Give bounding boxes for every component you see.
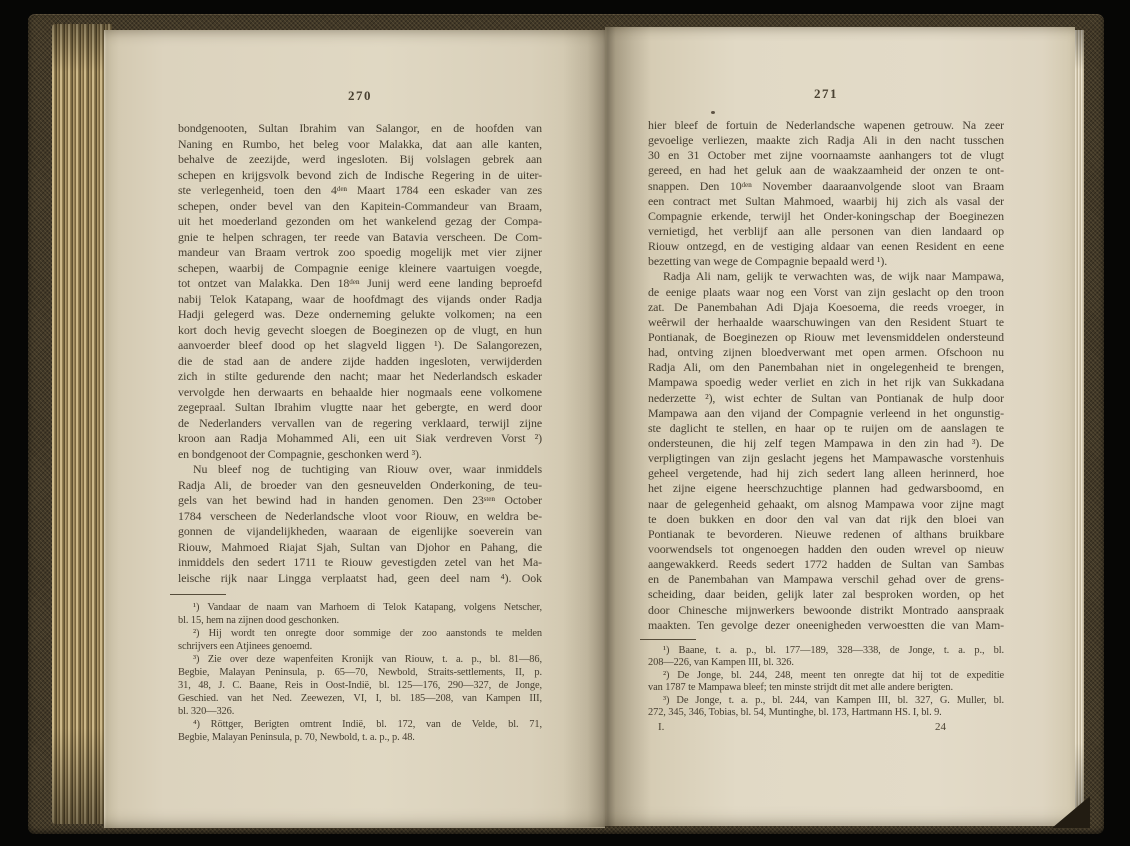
page-number-right: 271	[648, 86, 1004, 102]
cover-corner-fold	[1052, 796, 1090, 828]
text-line: aanvoerder bleef dood op het slagveld li…	[178, 338, 542, 354]
footnote-line: Geschied. van het Ned. Zeewezen, VI, I, …	[178, 692, 542, 705]
footnote-line: bl. 320—326.	[178, 705, 542, 718]
footnote-line: schrijvers een Atjinees genoemd.	[178, 640, 542, 653]
text-line: verpligtingen van zijn geslacht jegens h…	[648, 451, 1004, 466]
footnote-line: ³) Zie over deze wapenfeiten Kronijk van…	[178, 653, 542, 666]
footnote-line: van 1787 te Mampawa bleef; ten minste st…	[648, 682, 1004, 695]
text-line: maakten. Ten gevolge dezer oneenigheden …	[648, 618, 1004, 633]
text-line: Pontianak, de Boeginezen op Riouw met le…	[648, 330, 1004, 345]
text-line: gereed, en had het geluk aan de waakzaam…	[648, 163, 1004, 178]
text-line: bezetting van wege de Compagnie bepaald …	[648, 254, 1004, 269]
text-line: vernietigd, het verblijf aan alle person…	[648, 224, 1004, 239]
text-column-right: 271 hier bleef de fortuin de Nederlandsc…	[648, 27, 1004, 735]
footnote-line: 272, 345, 346, Tobias, bl. 54, Muntinghe…	[648, 707, 1004, 720]
text-line: Riouw, Mahmoed Riajat Sjah, Sultan van D…	[178, 540, 542, 556]
text-line: de Nederlanders vervallen van de regerin…	[178, 416, 542, 432]
text-line: leische rijk naar Lingga verplaatst had,…	[178, 571, 542, 587]
text-line: mandeur van Braam vertrok zoo spoedig mo…	[178, 245, 542, 261]
text-line: kort doch hevig gevecht sloegen de Boegi…	[178, 323, 542, 339]
text-line: ondersteunen, die hij zelf tegen Mampawa…	[648, 436, 1004, 451]
text-line: Pontianak te bevorderen. Nieuwe redenen …	[648, 527, 1004, 542]
text-line: Mampawa aan den vijand der Compagnie ver…	[648, 406, 1004, 421]
text-line: tot ontzet van Malakka. Den 18ᵈᵉⁿ Junij …	[178, 276, 542, 292]
text-line: 30 en 31 October met zijne voornaamste a…	[648, 148, 1004, 163]
text-line: schepen en krijgsvolk bevond zich de Ind…	[178, 168, 542, 184]
footnote-line: ⁴) Röttger, Berigten omtrent Indië, bl. …	[178, 718, 542, 731]
page-right: 271 hier bleef de fortuin de Nederlandsc…	[605, 27, 1075, 826]
footnote-separator-left	[170, 594, 226, 595]
footnote-line: ²) Hij wordt ten onregte door sommige de…	[178, 627, 542, 640]
page-edges-left	[52, 24, 112, 824]
footnote-line: 208—226, van Kampen III, bl. 326.	[648, 657, 1004, 670]
text-line: gonnen de vijandelijkheden, waaraan de e…	[178, 524, 542, 540]
footnote-line: Begbie, Malayan Peninsula, p. 70, Newbol…	[178, 731, 542, 744]
text-line: hier bleef de fortuin de Nederlandsche w…	[648, 118, 1004, 133]
text-line: behalve de zeezijde, werd ingesloten. Bi…	[178, 152, 542, 168]
text-line: zat. De Panembahan Adi Djaja Koesoema, d…	[648, 300, 1004, 315]
text-line: naar de gelegenheid gehaakt, om alsnog M…	[648, 497, 1004, 512]
text-line: nabij Telok Katapang, waar de hoofdmagt …	[178, 292, 542, 308]
text-line: Naning en Rumbo, het beleg voor Malakka,…	[178, 137, 542, 153]
main-text-left: bondgenooten, Sultan Ibrahim van Salango…	[178, 121, 542, 586]
footnotes-left: ¹) Vandaar de naam van Marhoem di Telok …	[178, 601, 542, 744]
text-line: een contract met Sultan Mahmoed, waarbij…	[648, 194, 1004, 209]
footnote-line: 31, 48, J. C. Baane, Reis in Oost-Indië,…	[178, 679, 542, 692]
page-left: 270 bondgenooten, Sultan Ibrahim van Sal…	[104, 30, 605, 828]
text-line: Radja Ali nam, gelijk te verwachten was,…	[648, 269, 1004, 284]
text-line: inmiddels den sedert 1711 te Riouw geves…	[178, 555, 542, 571]
footnote-line: Begbie, Malayan Peninsula, p. 65—70, New…	[178, 666, 542, 679]
text-column-left: 270 bondgenooten, Sultan Ibrahim van Sal…	[178, 30, 542, 744]
text-line: snappen. Den 10ᵈᵉⁿ November daaraanvolge…	[648, 179, 1004, 194]
text-line: die de stad aan de andere zijde hadden i…	[178, 354, 542, 370]
text-line: door Chinesche mijnwerkers bewoonde dist…	[648, 603, 1004, 618]
main-text-right: hier bleef de fortuin de Nederlandsche w…	[648, 118, 1004, 633]
text-line: geheel vergetende, had hij zich sedert l…	[648, 466, 1004, 481]
text-line: de eenige plaats waar nog een Vorst van …	[648, 285, 1004, 300]
text-line: Hadji gelegerd was. Deze onderneming gel…	[178, 307, 542, 323]
text-line: uit het moederland gezonden om het wanke…	[178, 214, 542, 230]
text-line: kroon aan Radja Mohammed Ali, een uit Si…	[178, 431, 542, 447]
text-line: gels van het bewind had in handen genome…	[178, 493, 542, 509]
sheet-number: 24	[935, 721, 946, 733]
footnote-line: ²) De Jonge, bl. 244, 248, meent ten onr…	[648, 670, 1004, 683]
footnote-line: ¹) Vandaar de naam van Marhoem di Telok …	[178, 601, 542, 614]
text-line: ste verlegenheid, toen den 4ᵈᵉⁿ Maart 17…	[178, 183, 542, 199]
text-line: Radja Ali, de broeder van den gesneuveld…	[178, 478, 542, 494]
text-line: en bondgenoot der Compagnie, geschonken …	[178, 447, 542, 463]
text-line: te doen bukken en door den val van dat r…	[648, 512, 1004, 527]
text-line: gnie te helpen schragen, ter reede van B…	[178, 230, 542, 246]
footnotes-right: ¹) Baane, t. a. p., bl. 177—189, 328—338…	[648, 645, 1004, 720]
text-line: gevoelige verliezen, maakte zich Radja A…	[648, 133, 1004, 148]
footnote-line: ¹) Baane, t. a. p., bl. 177—189, 328—338…	[648, 645, 1004, 658]
text-line: het zijne eigene heerschzuchtige plannen…	[648, 481, 1004, 496]
book: 270 bondgenooten, Sultan Ibrahim van Sal…	[0, 0, 1130, 846]
footnote-separator-right	[640, 639, 696, 640]
text-line: Radja Ali, om den Panembahan niet in ong…	[648, 360, 1004, 375]
text-line: aangewakkerd. Reeds sedert 1772 hadden d…	[648, 557, 1004, 572]
signature-row: I. 24	[648, 721, 1004, 735]
footnote-line: bl. 15, hem na zijnen dood geschonken.	[178, 614, 542, 627]
text-line: Nu bleef nog de tuchtiging van Riouw ove…	[178, 462, 542, 478]
text-line: scheiding, daar beiden, gelijk later zal…	[648, 587, 1004, 602]
text-line: vervolgde hen derwaarts en behaalde hier…	[178, 385, 542, 401]
text-line: zich in stilte gedurende den nacht; maar…	[178, 369, 542, 385]
text-line: Compagnie erkende, terwijl het Onder-kon…	[648, 209, 1004, 224]
page-edges-right	[1075, 30, 1084, 822]
text-line: 1784 verscheen de Nederlandsche vloot vo…	[178, 509, 542, 525]
text-line: zegepraal. Sultan Ibrahim vlugtte naar h…	[178, 400, 542, 416]
text-line: ste daglicht te stellen, en haar op te r…	[648, 421, 1004, 436]
text-line: nederzette ²), wist echter de Sultan van…	[648, 391, 1004, 406]
text-line: had, ontving zijnen bloedverwant met ope…	[648, 345, 1004, 360]
text-line: Mampawa spoedig weder verliet en zich in…	[648, 375, 1004, 390]
text-line: en de Panembahan van Mampawa verschil ge…	[648, 572, 1004, 587]
text-line: schepen, onder bevel van den Kapitein-Co…	[178, 199, 542, 215]
volume-signature: I.	[658, 721, 664, 733]
footnote-line: ³) De Jonge, t. a. p., bl. 244, van Kamp…	[648, 695, 1004, 708]
photo-background: 270 bondgenooten, Sultan Ibrahim van Sal…	[0, 0, 1130, 846]
text-line: weêrwil der herhaalde waarschuwingen van…	[648, 315, 1004, 330]
text-line: schepen, waarbij de Compagnie eenige kle…	[178, 261, 542, 277]
text-line: bondgenooten, Sultan Ibrahim van Salango…	[178, 121, 542, 137]
text-line: voorwendsels tot ongenoegen hadden den o…	[648, 542, 1004, 557]
page-number-left: 270	[178, 88, 542, 104]
text-line: Riouw ontzegd, en de vestiging aldaar va…	[648, 239, 1004, 254]
